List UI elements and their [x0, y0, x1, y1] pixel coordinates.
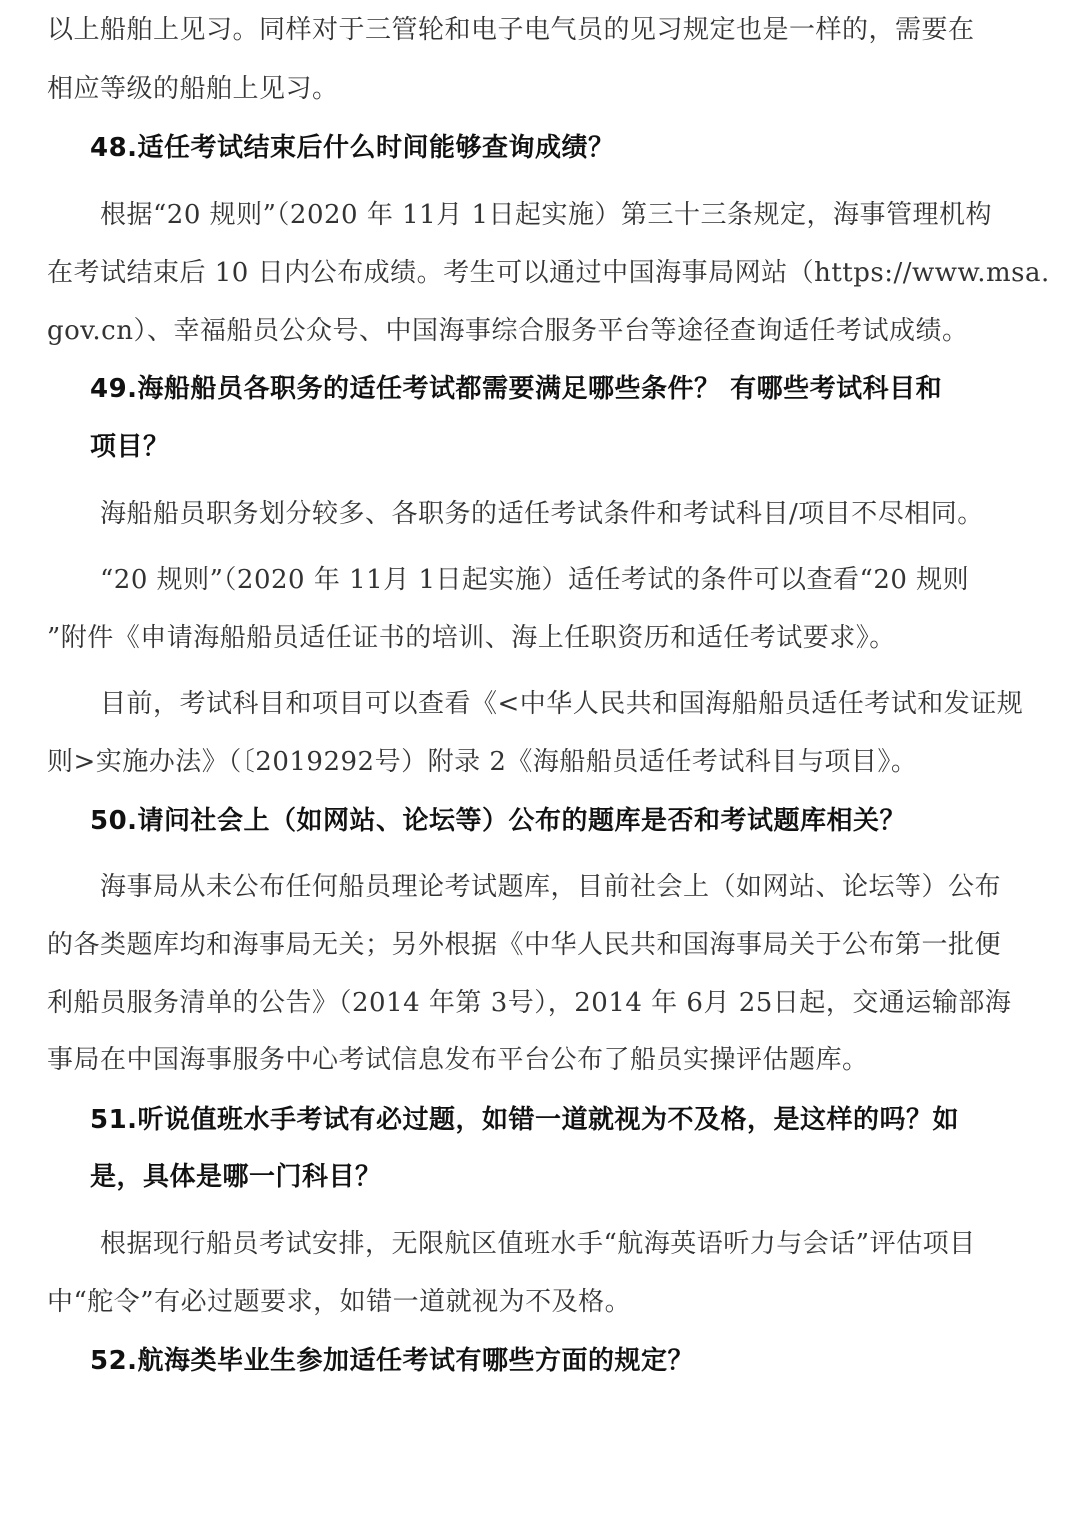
answer-49-line: 海船船员职务划分较多、各职务的适任考试条件和考试科目/项目不尽相同。: [100, 497, 984, 531]
answer-51-line: 中“舵令”有必过题要求，如错一道就视为不及格。: [47, 1285, 631, 1319]
answer-49-line: 则>实施办法》（〔2019292号）附录 2《海船船员适任考试科目与项目》。: [47, 745, 917, 779]
answer-50-line: 事局在中国海事服务中心考试信息发布平台公布了船员实操评估题库。: [47, 1043, 869, 1077]
answer-48-line: gov.cn）、幸福船员公众号、中国海事综合服务平台等途径查询适任考试成绩。: [47, 314, 968, 348]
answer-49-line: 目前，考试科目和项目可以查看《<中华人民共和国海船船员适任考试和发证规: [100, 687, 1023, 721]
answer-50-line: 海事局从未公布任何船员理论考试题库，目前社会上（如网站、论坛等）公布: [100, 870, 1001, 904]
question-48-heading: 48.适任考试结束后什么时间能够查询成绩？: [90, 131, 615, 165]
answer-50-line: 利船员服务清单的公告》（2014 年第 3号），2014 年 6月 25日起，交…: [47, 986, 1011, 1020]
answer-49-line: “20 规则”（2020 年 11月 1日起实施）适任考试的条件可以查看“20 …: [100, 563, 969, 597]
question-50-heading: 50.请问社会上（如网站、论坛等）公布的题库是否和考试题库相关？: [90, 804, 906, 838]
question-52-heading: 52.航海类毕业生参加适任考试有哪些方面的规定？: [90, 1344, 694, 1378]
paragraph-line: 以上船舶上见习。同样对于三管轮和电子电气员的见习规定也是一样的，需要在: [47, 13, 975, 47]
paragraph-line: 相应等级的船舶上见习。: [47, 72, 339, 106]
question-49-heading-cont: 项目？: [90, 430, 170, 464]
answer-49-line: ”附件《申请海船船员适任证书的培训、海上任职资历和适任考试要求》。: [47, 621, 896, 655]
answer-50-line: 的各类题库均和海事局无关；另外根据《中华人民共和国海事局关于公布第一批便: [47, 928, 1001, 962]
question-49-heading: 49.海船船员各职务的适任考试都需要满足哪些条件？ 有哪些考试科目和: [90, 372, 942, 406]
answer-48-line: 根据“20 规则”（2020 年 11月 1日起实施）第三十三条规定，海事管理机…: [100, 198, 992, 232]
question-51-heading: 51.听说值班水手考试有必过题，如错一道就视为不及格，是这样的吗？如: [90, 1103, 959, 1137]
question-51-heading-cont: 是，具体是哪一门科目？: [90, 1160, 382, 1194]
answer-51-line: 根据现行船员考试安排，无限航区值班水手“航海英语听力与会话”评估项目: [100, 1227, 976, 1261]
answer-48-line: 在考试结束后 10 日内公布成绩。考生可以通过中国海事局网站（https://w…: [47, 256, 1050, 290]
